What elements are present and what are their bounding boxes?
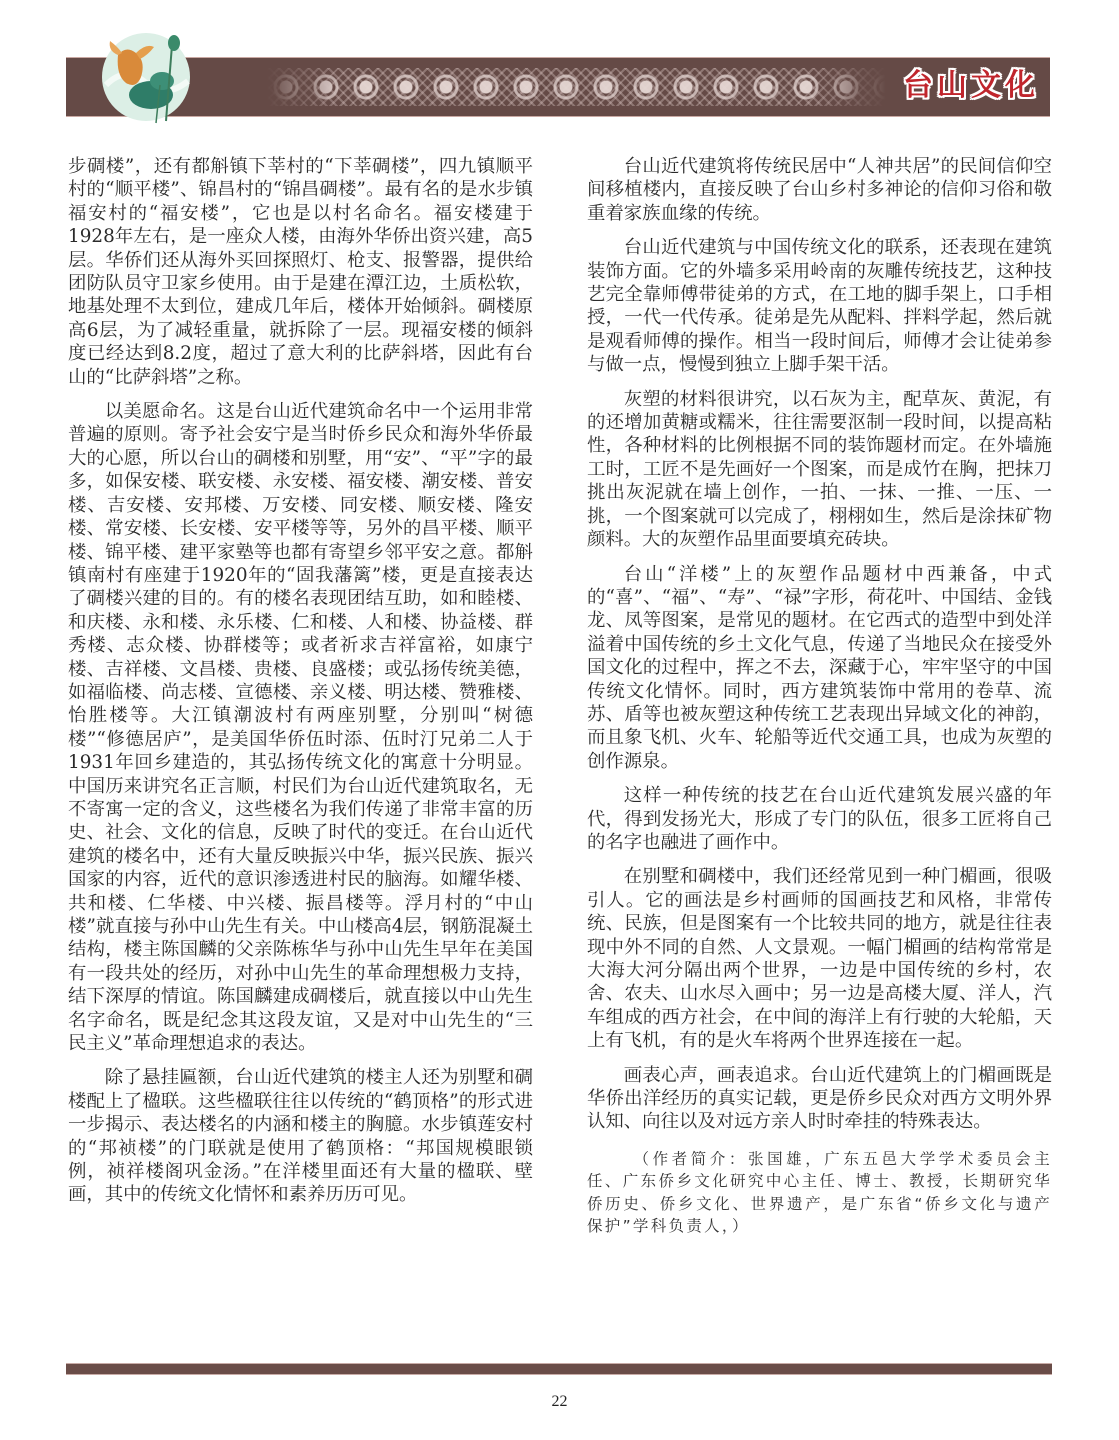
paragraph: 除了悬挂匾额，台山近代建筑的楼主人还为别墅和碉楼配上了楹联。这些楹联往往以传统的…: [68, 1066, 533, 1206]
paragraph: 画表心声，画表追求。台山近代建筑上的门楣画既是华侨出洋经历的真实记载，更是侨乡民…: [587, 1064, 1052, 1134]
footer-rule: [66, 1363, 1052, 1375]
author-bio: （作者简介：张国雄，广东五邑大学学术委员会主任、广东侨乡文化研究中心主任、博士、…: [587, 1148, 1052, 1238]
paragraph: 以美愿命名。这是台山近代建筑命名中一个运用非常普遍的原则。寄予社会安宁是当时侨乡…: [68, 400, 533, 1055]
paragraph: 灰塑的材料很讲究，以石灰为主，配草灰、黄泥，有的还增加黄糖或糯米，往往需要沤制一…: [587, 388, 1052, 552]
paragraph: 在别墅和碉楼中，我们还经常见到一种门楣画，很吸引人。它的画法是乡村画师的国画技艺…: [587, 865, 1052, 1052]
paragraph: 台山近代建筑与中国传统文化的联系，还表现在建筑装饰方面。它的外墙多采用岭南的灰雕…: [587, 236, 1052, 376]
koi-lotus-emblem-icon: [96, 25, 196, 125]
right-column: 台山近代建筑将传统民居中“人神共居”的民间信仰空间移植楼内，直接反映了台山乡村多…: [587, 155, 1052, 1249]
page-number: 22: [0, 1393, 1119, 1411]
paragraph: 步碉楼”，还有都斛镇下莘村的“下莘碉楼”，四九镇顺平村的“顺平楼”、锦昌村的“锦…: [68, 155, 533, 389]
paragraph: 台山近代建筑将传统民居中“人神共居”的民间信仰空间移植楼内，直接反映了台山乡村多…: [587, 155, 1052, 225]
paragraph: 这样一种传统的技艺在台山近代建筑发展兴盛的年代，得到发扬光大，形成了专门的队伍，…: [587, 784, 1052, 854]
left-column: 步碉楼”，还有都斛镇下莘村的“下莘碉楼”，四九镇顺平村的“顺平楼”、锦昌村的“锦…: [68, 155, 533, 1218]
section-title: 台山文化: [903, 66, 1039, 106]
floral-pattern-decoration: [266, 68, 886, 106]
paragraph: 台山“洋楼”上的灰塑作品题材中西兼备，中式的“喜”、“福”、“寿”、“禄”字形，…: [587, 563, 1052, 774]
